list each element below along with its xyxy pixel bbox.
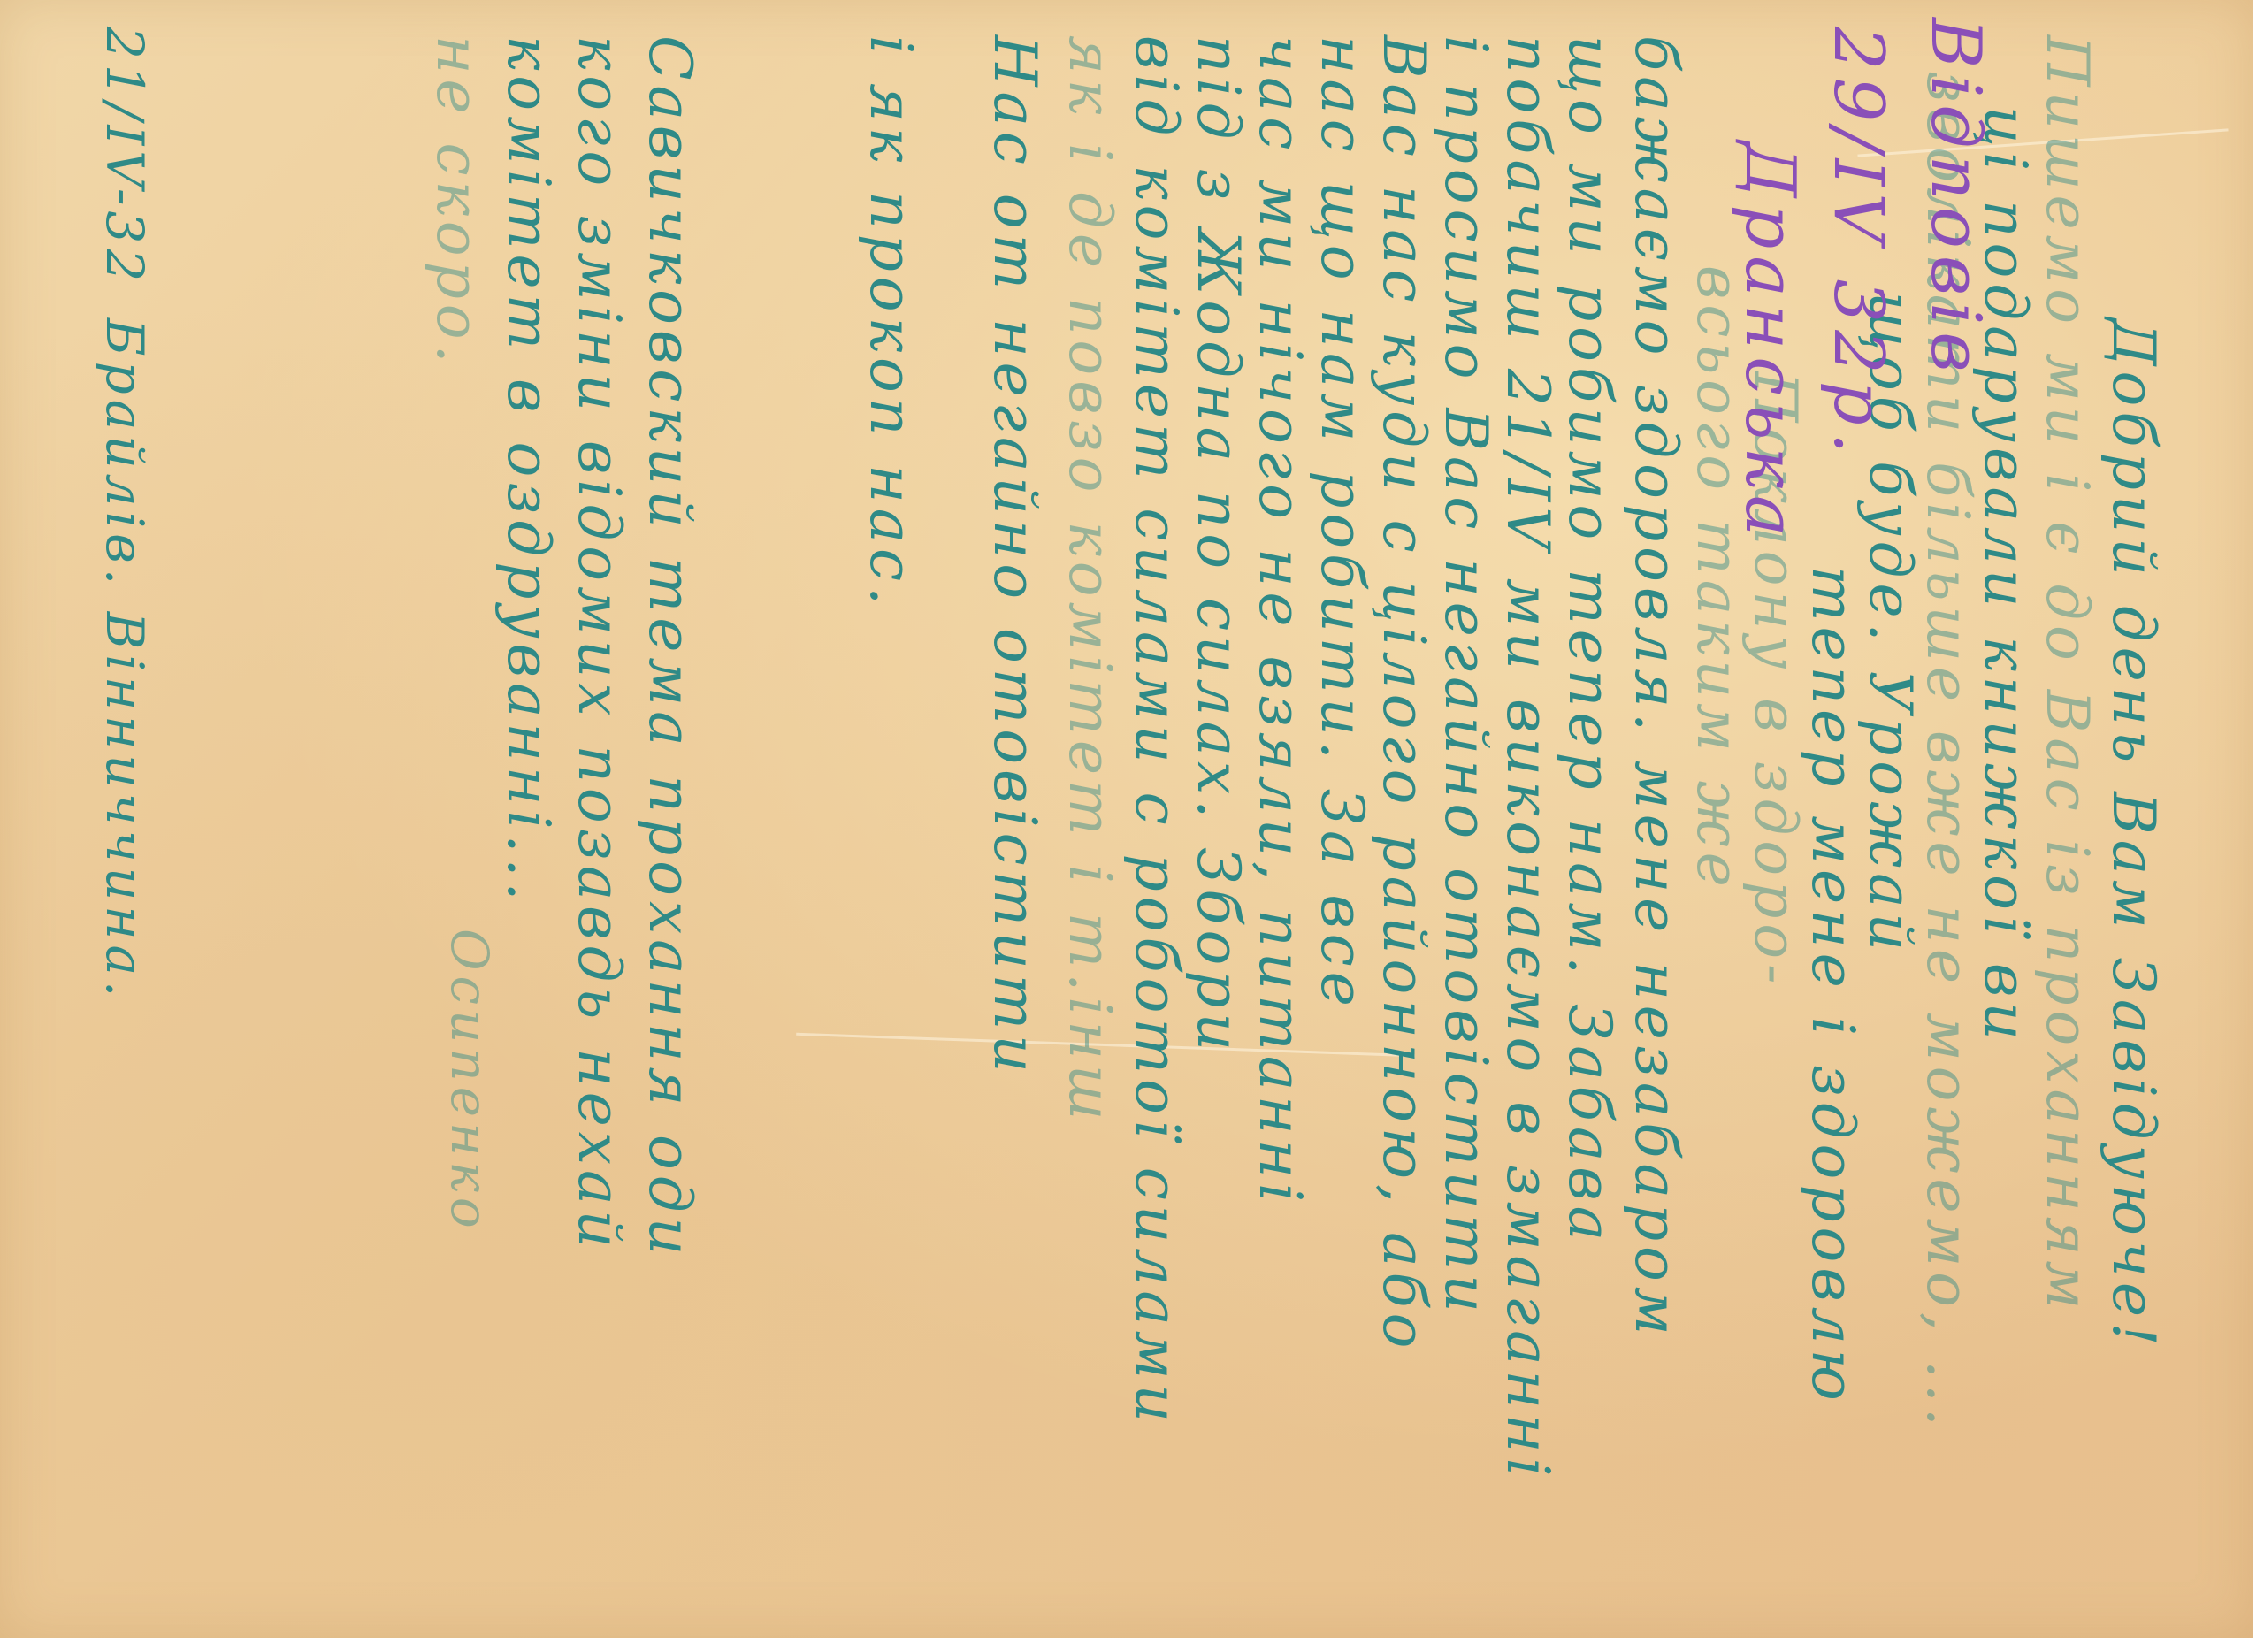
text-line: що ми робимо тепер нам. Забава — [1560, 35, 1618, 1246]
text-line: побачиш 21/IV ми виконаємо в змаганні — [1498, 35, 1556, 1482]
text-line: від комітет силами с роботої силами — [1127, 35, 1185, 1427]
text-line: тепер мене і здоровлю — [1803, 566, 1862, 1406]
text-line: як і де повзо комітет і т.інш — [1060, 35, 1119, 1125]
text-line: бажаємо здоровля. мене незабаром — [1626, 35, 1685, 1341]
text-line: Савичковский тема прохання оди — [640, 35, 699, 1260]
text-line: Нас от негайно отовістити — [985, 35, 1044, 1078]
postcard: Добрий день Вам Завідуюче! Пишемо ми і є… — [0, 0, 2253, 1638]
annotation-line: 29/IV 32р. — [1824, 27, 1893, 461]
text-line: комітет в оздруванні... — [499, 35, 557, 906]
annotation-line: Дранська — [1735, 141, 1804, 543]
text-line: не скоро. — [428, 35, 486, 369]
text-line: кого зміни відомих позавдь нехай — [570, 35, 628, 1253]
text-line: Добрий день Вам Завідуюче! — [2104, 318, 2162, 1351]
date: 21/IV-32 — [99, 27, 150, 287]
text-line: під з Жодна по силах. Збори — [1189, 35, 1247, 1056]
text-line: і як прокоп нас. — [861, 35, 920, 610]
text-line: Вас нас куди с цілого районною, або — [1374, 35, 1433, 1353]
text-line: час ми нічого не взяли, питанні — [1251, 35, 1309, 1207]
annotation-line: Відповів — [1921, 18, 1990, 379]
signature: Осипенко — [444, 929, 495, 1234]
text-line: і просимо Вас негайно отовістити — [1436, 35, 1495, 1318]
text-line: Пишемо ми і є до Вас із проханням — [2038, 35, 2096, 1314]
text-line: нас що нам робити. За все — [1312, 35, 1371, 1012]
closing-location: Брайлів. Вінниччина. — [99, 318, 150, 1002]
